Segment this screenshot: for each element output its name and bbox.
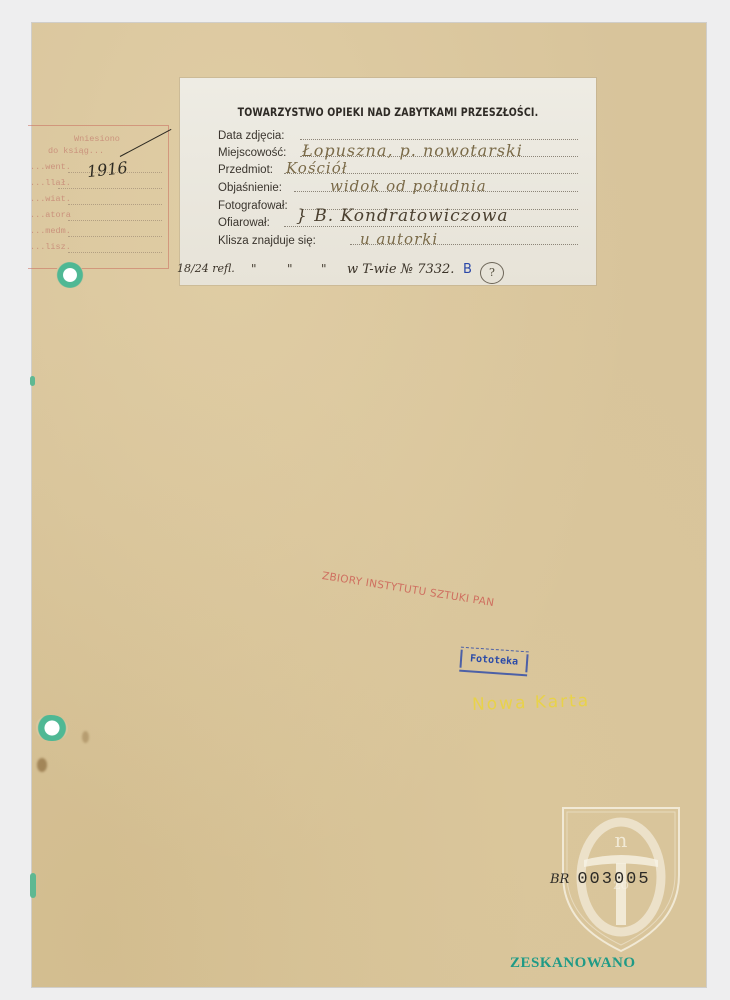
catalog-label: TOWARZYSTWO OPIEKI NAD ZABYTKAMI PRZESZŁ…	[180, 78, 596, 285]
circled-question-mark: ?	[480, 262, 504, 284]
registry-stamp-header: Wniesiono	[74, 134, 120, 144]
mount-card: Wniesiono do ksiąg... ...went. ...llał. …	[32, 23, 706, 987]
field-value-handwritten: } B. Kondratowiczowa	[296, 206, 509, 226]
registry-stamp-line: ...lisz.	[30, 242, 71, 252]
plate-reference-note: 18/24 refl. " " " w T-wie № 7332. B ?	[177, 260, 577, 280]
stain	[82, 731, 89, 743]
torn-hinge-mark	[36, 715, 68, 741]
torn-hinge-mark	[56, 262, 84, 288]
series-letter: B	[463, 262, 472, 277]
field-label: Data zdjęcia:	[218, 130, 284, 142]
pencil-annotation: Nowa Karta	[472, 691, 591, 715]
field-description: Objaśnienie: widok od południa	[218, 178, 578, 195]
registry-stamp-line: ...llał.	[30, 178, 71, 188]
registry-stamp: Wniesiono do ksiąg... ...went. ...llał. …	[28, 125, 169, 269]
field-value-handwritten: Łopuszna, p. nowotarski	[302, 141, 523, 160]
field-label: Fotografował:	[218, 200, 288, 212]
ditto-mark: "	[287, 262, 293, 276]
catalog-number-value: 003005	[577, 870, 650, 889]
dotted-line	[284, 226, 578, 227]
registry-stamp-line: ...atora	[30, 210, 71, 220]
field-label: Przedmiot:	[218, 164, 273, 176]
field-label: Ofiarował:	[218, 217, 270, 229]
society-number: w T-wie № 7332.	[347, 262, 454, 277]
field-location: Miejscowość: Łopuszna, p. nowotarski	[218, 143, 578, 160]
field-label: Miejscowość:	[218, 147, 286, 159]
registry-stamp-line: ...wiat.	[30, 194, 71, 204]
ditto-mark: "	[321, 262, 327, 276]
institute-collection-stamp: ZBIORY INSTYTUTU SZTUKI PAN	[321, 570, 495, 609]
edge-hinge-fragment	[30, 873, 36, 898]
field-value-handwritten: Kościół	[286, 159, 348, 177]
field-subject: Przedmiot: Kościół	[218, 160, 578, 177]
label-title: TOWARZYSTWO OPIEKI NAD ZABYTKAMI PRZESZŁ…	[217, 105, 558, 119]
watermark-letter: n	[615, 828, 628, 852]
dotted-line	[68, 220, 162, 221]
plate-format: 18/24 refl.	[177, 262, 235, 275]
ditto-mark: "	[251, 262, 257, 276]
catalog-prefix: BR	[550, 872, 569, 887]
field-value-handwritten: u autorki	[360, 230, 438, 248]
dotted-line	[300, 139, 578, 140]
edge-hinge-fragment	[30, 376, 35, 386]
field-label: Objaśnienie:	[218, 182, 282, 194]
dotted-line	[58, 188, 162, 189]
stain	[37, 758, 47, 772]
field-donor: Ofiarował: } B. Kondratowiczowa	[218, 213, 578, 230]
field-negative-location: Klisza znajduje się: u autorki	[218, 231, 578, 248]
catalog-number: BR003005	[550, 868, 651, 889]
dotted-line	[68, 204, 162, 205]
dotted-line	[68, 236, 162, 237]
dotted-line	[68, 252, 162, 253]
field-label: Klisza znajduje się:	[218, 235, 316, 247]
field-value-handwritten: widok od południa	[330, 177, 487, 195]
registry-stamp-subheader: do ksiąg...	[48, 146, 104, 156]
registry-stamp-line: ...medm.	[30, 226, 71, 236]
fototeka-stamp: Fototeka	[459, 647, 529, 677]
scanned-stamp: ZESKANOWANO	[510, 955, 636, 972]
registry-stamp-line: ...went.	[30, 162, 71, 172]
